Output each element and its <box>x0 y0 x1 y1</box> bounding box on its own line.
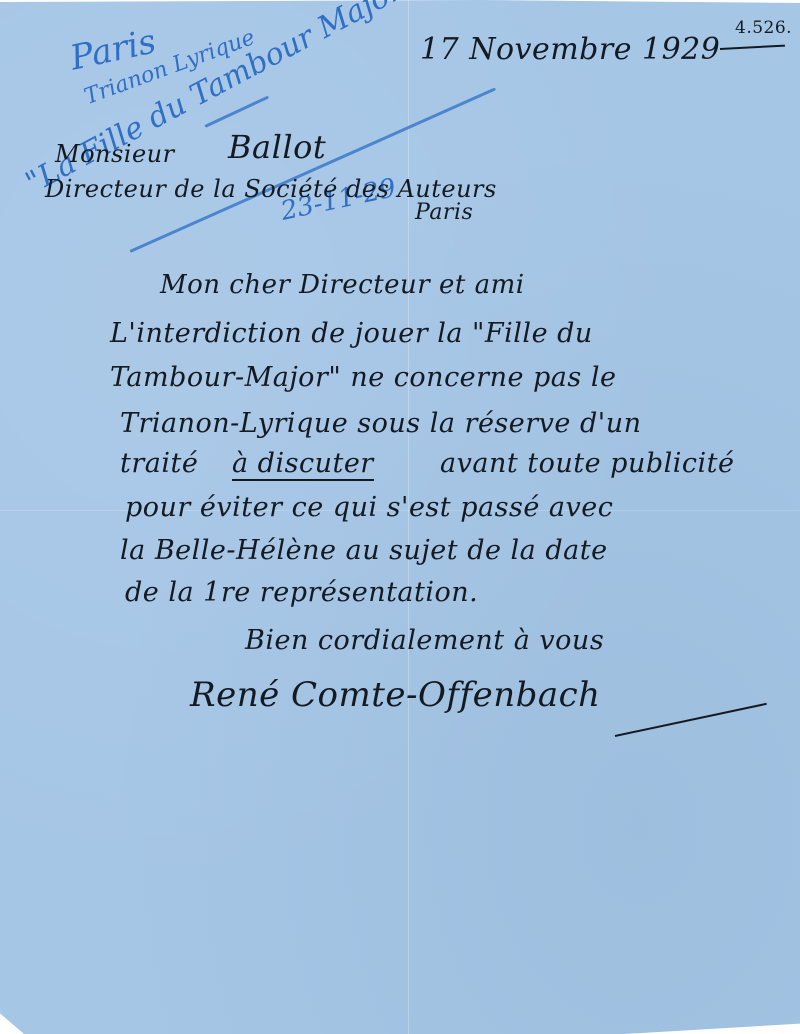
letter-closing: Bien cordialement à vous <box>245 625 604 656</box>
body-line-7: de la 1re représentation. <box>125 577 478 608</box>
recipient-city: Paris <box>415 200 473 225</box>
body-line-2: Tambour-Major" ne concerne pas le <box>110 362 616 393</box>
recipient-title: Directeur de la Société des Auteurs <box>45 175 497 203</box>
body-line-5: pour éviter ce qui s'est passé avec <box>125 492 613 523</box>
body-line-4a: traité <box>120 448 198 479</box>
body-line-1: L'interdiction de jouer la "Fille du <box>110 318 593 349</box>
signature: René Comte-Offenbach <box>190 675 601 715</box>
body-line-4b: avant toute publicité <box>440 448 735 479</box>
letter-greeting: Mon cher Directeur et ami <box>160 270 525 300</box>
body-line-3: Trianon-Lyrique sous la réserve d'un <box>120 408 641 439</box>
catalog-number: 4.526. <box>735 18 792 40</box>
body-underlined-phrase: à discuter <box>232 448 374 481</box>
letter-date: 17 Novembre 1929 <box>420 32 720 67</box>
recipient-name: Ballot <box>228 128 326 166</box>
body-line-6: la Belle-Hélène au sujet de la date <box>120 535 608 566</box>
recipient-salutation: Monsieur <box>55 140 175 168</box>
